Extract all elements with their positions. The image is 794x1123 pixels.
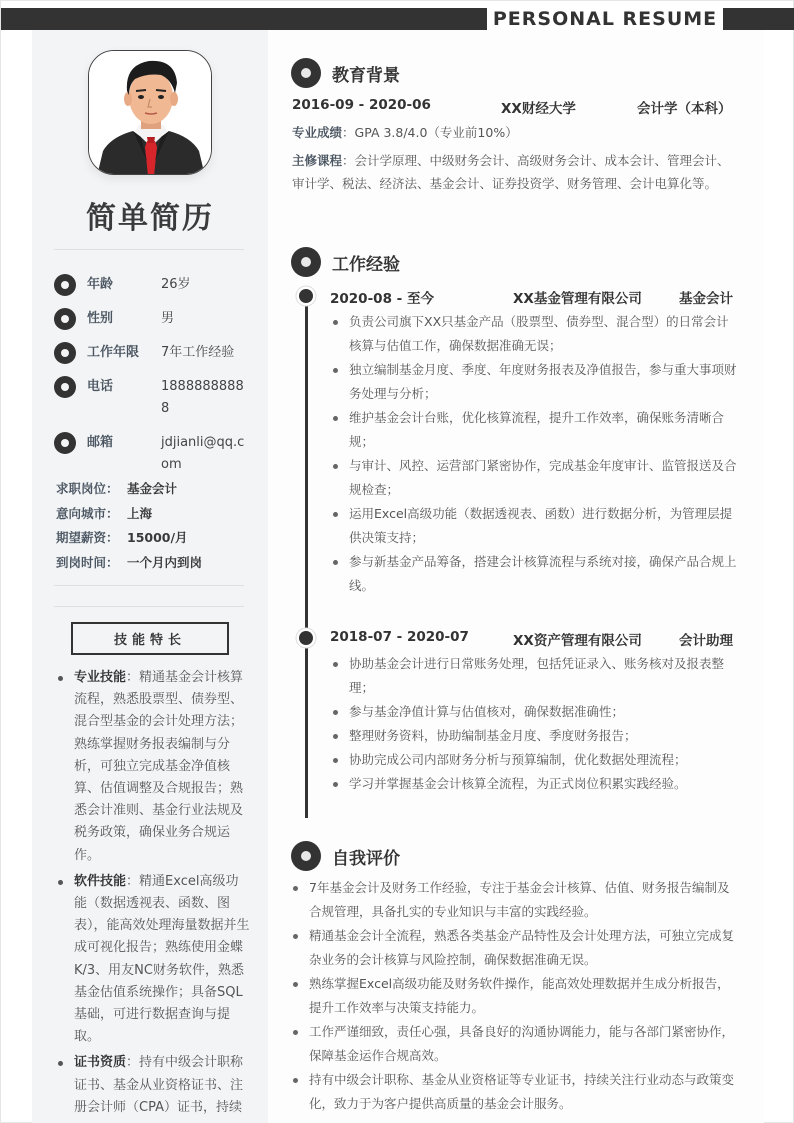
info-row-gender: 性别 男: [54, 308, 254, 330]
job-bullets: 负责公司旗下XX只基金产品（股票型、债券型、混合型）的日常会计核算与估值工作，确…: [330, 310, 738, 598]
section-title: 工作经验: [332, 250, 400, 275]
sidebar: 简单简历 年龄 26岁 性别 男 工作年限 7年工作经验 电话 18888888: [32, 30, 268, 1123]
intent-value: 上海: [127, 502, 152, 527]
self-eval-bullet: 工作严谨细致，责任心强，具备良好的沟通协调能力，能与各部门紧密协作，保障基金运作…: [290, 1020, 740, 1068]
sidebar-divider: [54, 606, 244, 607]
section-header-work: 工作经验: [291, 247, 400, 277]
ring-icon: [54, 432, 76, 454]
job-bullet: 协助基金会计进行日常账务处理，包括凭证录入、账务核对及报表整理；: [330, 652, 738, 700]
section-header-education: 教育背景: [291, 58, 400, 88]
job-company: XX基金管理有限公司: [513, 287, 642, 307]
skills-heading: 技能特长: [71, 622, 229, 655]
skill-text: 精通Excel高级功能（数据透视表、函数、图表），能高效处理海量数据并生成可视化…: [74, 874, 250, 1044]
gpa-value: ：GPA 3.8/4.0（专业前10%）: [342, 125, 518, 140]
info-label: 电话: [87, 376, 161, 398]
info-value: 男: [161, 308, 245, 330]
skill-sep: ：: [126, 874, 139, 889]
info-label: 年龄: [87, 274, 161, 296]
sidebar-divider: [54, 249, 244, 250]
personal-info-list: 年龄 26岁 性别 男 工作年限 7年工作经验 电话 18888888888 邮…: [54, 274, 254, 488]
section-ring-icon: [291, 841, 321, 871]
skill-label: 软件技能: [74, 874, 126, 889]
education-school: XX财经大学: [501, 97, 576, 117]
section-ring-icon: [291, 58, 321, 88]
info-label: 性别: [87, 308, 161, 330]
header-bar-right: [723, 8, 794, 30]
job-role: 会计助理: [679, 629, 733, 649]
phone-value[interactable]: 18888888888: [161, 376, 245, 420]
skill-sep: ：: [126, 1055, 139, 1070]
avatar-illustration-icon: [89, 51, 212, 175]
job-period: 2020-08 - 至今: [330, 287, 434, 307]
section-title: 自我评价: [332, 844, 400, 869]
job-company: XX资产管理有限公司: [513, 629, 642, 649]
courses-label: 主修课程: [292, 153, 342, 168]
skill-label: 证书资质: [74, 1055, 126, 1070]
main-content: 教育背景 2016-09 - 2020-06 XX财经大学 会计学（本科） 专业…: [268, 30, 764, 1123]
timeline-dot-icon: [299, 289, 313, 303]
intent-row-city: 意向城市： 上海: [56, 502, 256, 527]
job-bullet: 运用Excel高级功能（数据透视表、函数）进行数据分析，为管理层提供决策支持；: [330, 502, 738, 550]
self-eval-bullet: 精通基金会计全流程，熟悉各类基金产品特性及会计处理方法，可独立完成复杂业务的会计…: [290, 924, 740, 972]
ring-icon: [54, 342, 76, 364]
job-bullet: 参与新基金产品筹备，搭建会计核算流程与系统对接，确保产品合规上线。: [330, 550, 738, 598]
job-period: 2018-07 - 2020-07: [330, 629, 469, 645]
intent-row-position: 求职岗位： 基金会计: [56, 477, 256, 502]
gpa-label: 专业成绩: [292, 125, 342, 140]
self-evaluation-bullets: 7年基金会计及财务工作经验，专注于基金会计核算、估值、财务报告编制及合规管理，具…: [290, 876, 740, 1116]
skill-item: 证书资质：持有中级会计职称证书、基金从业资格证书、注册会计师（CPA）证书，持续: [54, 1052, 250, 1119]
intent-row-salary: 期望薪资： 15000/月: [56, 526, 256, 551]
intent-label: 求职岗位：: [56, 477, 127, 502]
info-label: 工作年限: [87, 342, 161, 364]
job-bullet: 维护基金会计台账，优化核算流程，提升工作效率，确保账务清晰合规；: [330, 406, 738, 454]
timeline-dot-icon: [299, 631, 313, 645]
intent-label: 期望薪资：: [56, 526, 127, 551]
intent-row-start: 到岗时间： 一个月内到岗: [56, 551, 256, 576]
job-bullet: 学习并掌握基金会计核算全流程，为正式岗位积累实践经验。: [330, 772, 738, 796]
section-ring-icon: [291, 247, 321, 277]
section-title: 教育背景: [332, 61, 400, 86]
self-eval-bullet: 持有中级会计职称、基金从业资格证等专业证书，持续关注行业动态与政策变化，致力于为…: [290, 1068, 740, 1116]
header-title: PERSONAL RESUME: [487, 5, 723, 33]
intent-label: 意向城市：: [56, 502, 127, 527]
info-row-phone: 电话 18888888888: [54, 376, 254, 420]
intent-label: 到岗时间：: [56, 551, 127, 576]
job-bullet: 与审计、风控、运营部门紧密协作，完成基金年度审计、监管报送及合规检查；: [330, 454, 738, 502]
skill-label: 专业技能: [74, 670, 126, 685]
skill-text: 精通基金会计核算流程，熟悉股票型、债券型、混合型基金的会计处理方法；熟练掌握财务…: [74, 670, 243, 863]
info-value: 7年工作经验: [161, 342, 245, 364]
education-gpa: 专业成绩：GPA 3.8/4.0（专业前10%）: [292, 122, 732, 145]
ring-icon: [54, 274, 76, 296]
job-bullet: 参与基金净值计算与估值核对，确保数据准确性；: [330, 700, 738, 724]
skill-item: 软件技能：精通Excel高级功能（数据透视表、函数、图表），能高效处理海量数据并…: [54, 871, 250, 1049]
info-row-email: 邮箱 jdjianli@qq.com: [54, 432, 254, 476]
skill-item: 专业技能：精通基金会计核算流程，熟悉股票型、债券型、混合型基金的会计处理方法；熟…: [54, 667, 250, 867]
info-label: 邮箱: [87, 432, 161, 454]
timeline-line: [305, 296, 308, 818]
header-bar-left: [1, 8, 487, 30]
intent-value: 15000/月: [127, 526, 188, 551]
skills-list: 专业技能：精通基金会计核算流程，熟悉股票型、债券型、混合型基金的会计处理方法；熟…: [54, 667, 250, 1123]
intent-value: 基金会计: [127, 477, 177, 502]
resume-page: PERSONAL RESUME: [0, 0, 794, 1123]
courses-value: ：会计学原理、中级财务会计、高级财务会计、成本会计、管理会计、审计学、税法、经济…: [292, 153, 730, 191]
job-bullet: 负责公司旗下XX只基金产品（股票型、债券型、混合型）的日常会计核算与估值工作，确…: [330, 310, 738, 358]
job-bullet: 整理财务资料，协助编制基金月度、季度财务报告；: [330, 724, 738, 748]
email-value[interactable]: jdjianli@qq.com: [161, 432, 245, 476]
intent-value: 一个月内到岗: [127, 551, 202, 576]
job-bullet: 协助完成公司内部财务分析与预算编制，优化数据处理流程；: [330, 748, 738, 772]
avatar: [88, 50, 212, 175]
job-bullet: 独立编制基金月度、季度、年度财务报表及净值报告，参与重大事项财务处理与分析；: [330, 358, 738, 406]
sidebar-divider: [54, 585, 244, 586]
education-period: 2016-09 - 2020-06: [292, 97, 431, 113]
info-value: 26岁: [161, 274, 245, 296]
job-bullets: 协助基金会计进行日常账务处理，包括凭证录入、账务核对及报表整理； 参与基金净值计…: [330, 652, 738, 796]
self-eval-bullet: 7年基金会计及财务工作经验，专注于基金会计核算、估值、财务报告编制及合规管理，具…: [290, 876, 740, 924]
job-intent-list: 求职岗位： 基金会计 意向城市： 上海 期望薪资： 15000/月 到岗时间： …: [56, 477, 256, 575]
job-role: 基金会计: [679, 287, 733, 307]
education-courses: 主修课程：会计学原理、中级财务会计、高级财务会计、成本会计、管理会计、审计学、税…: [292, 150, 732, 195]
resume-name-title: 简单简历: [32, 193, 268, 237]
info-row-age: 年龄 26岁: [54, 274, 254, 296]
info-row-experience: 工作年限 7年工作经验: [54, 342, 254, 364]
ring-icon: [54, 376, 76, 398]
self-eval-bullet: 熟练掌握Excel高级功能及财务软件操作，能高效处理数据并生成分析报告，提升工作…: [290, 972, 740, 1020]
education-major: 会计学（本科）: [637, 97, 732, 117]
skill-sep: ：: [126, 670, 139, 685]
section-header-self-evaluation: 自我评价: [291, 841, 400, 871]
ring-icon: [54, 308, 76, 330]
